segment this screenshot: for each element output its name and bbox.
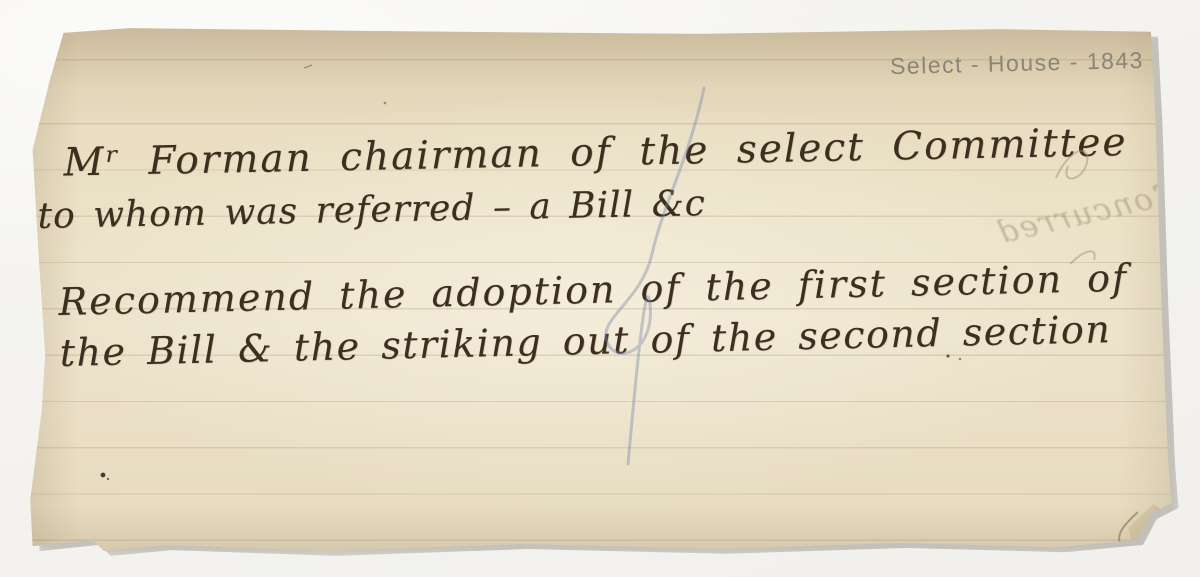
scanned-document-canvas: Select - House - 1843 Concurred Mʳ Forma… — [0, 0, 1200, 577]
archival-note-pencil: Select - House - 1843 — [890, 47, 1145, 80]
handwritten-paragraph-2: Recommend the adoption of the first sect… — [58, 252, 1130, 378]
manuscript-paper: Select - House - 1843 Concurred Mʳ Forma… — [28, 26, 1175, 553]
handwritten-paragraph-1: Mʳ Forman chairman of the select Committ… — [36, 115, 1129, 242]
